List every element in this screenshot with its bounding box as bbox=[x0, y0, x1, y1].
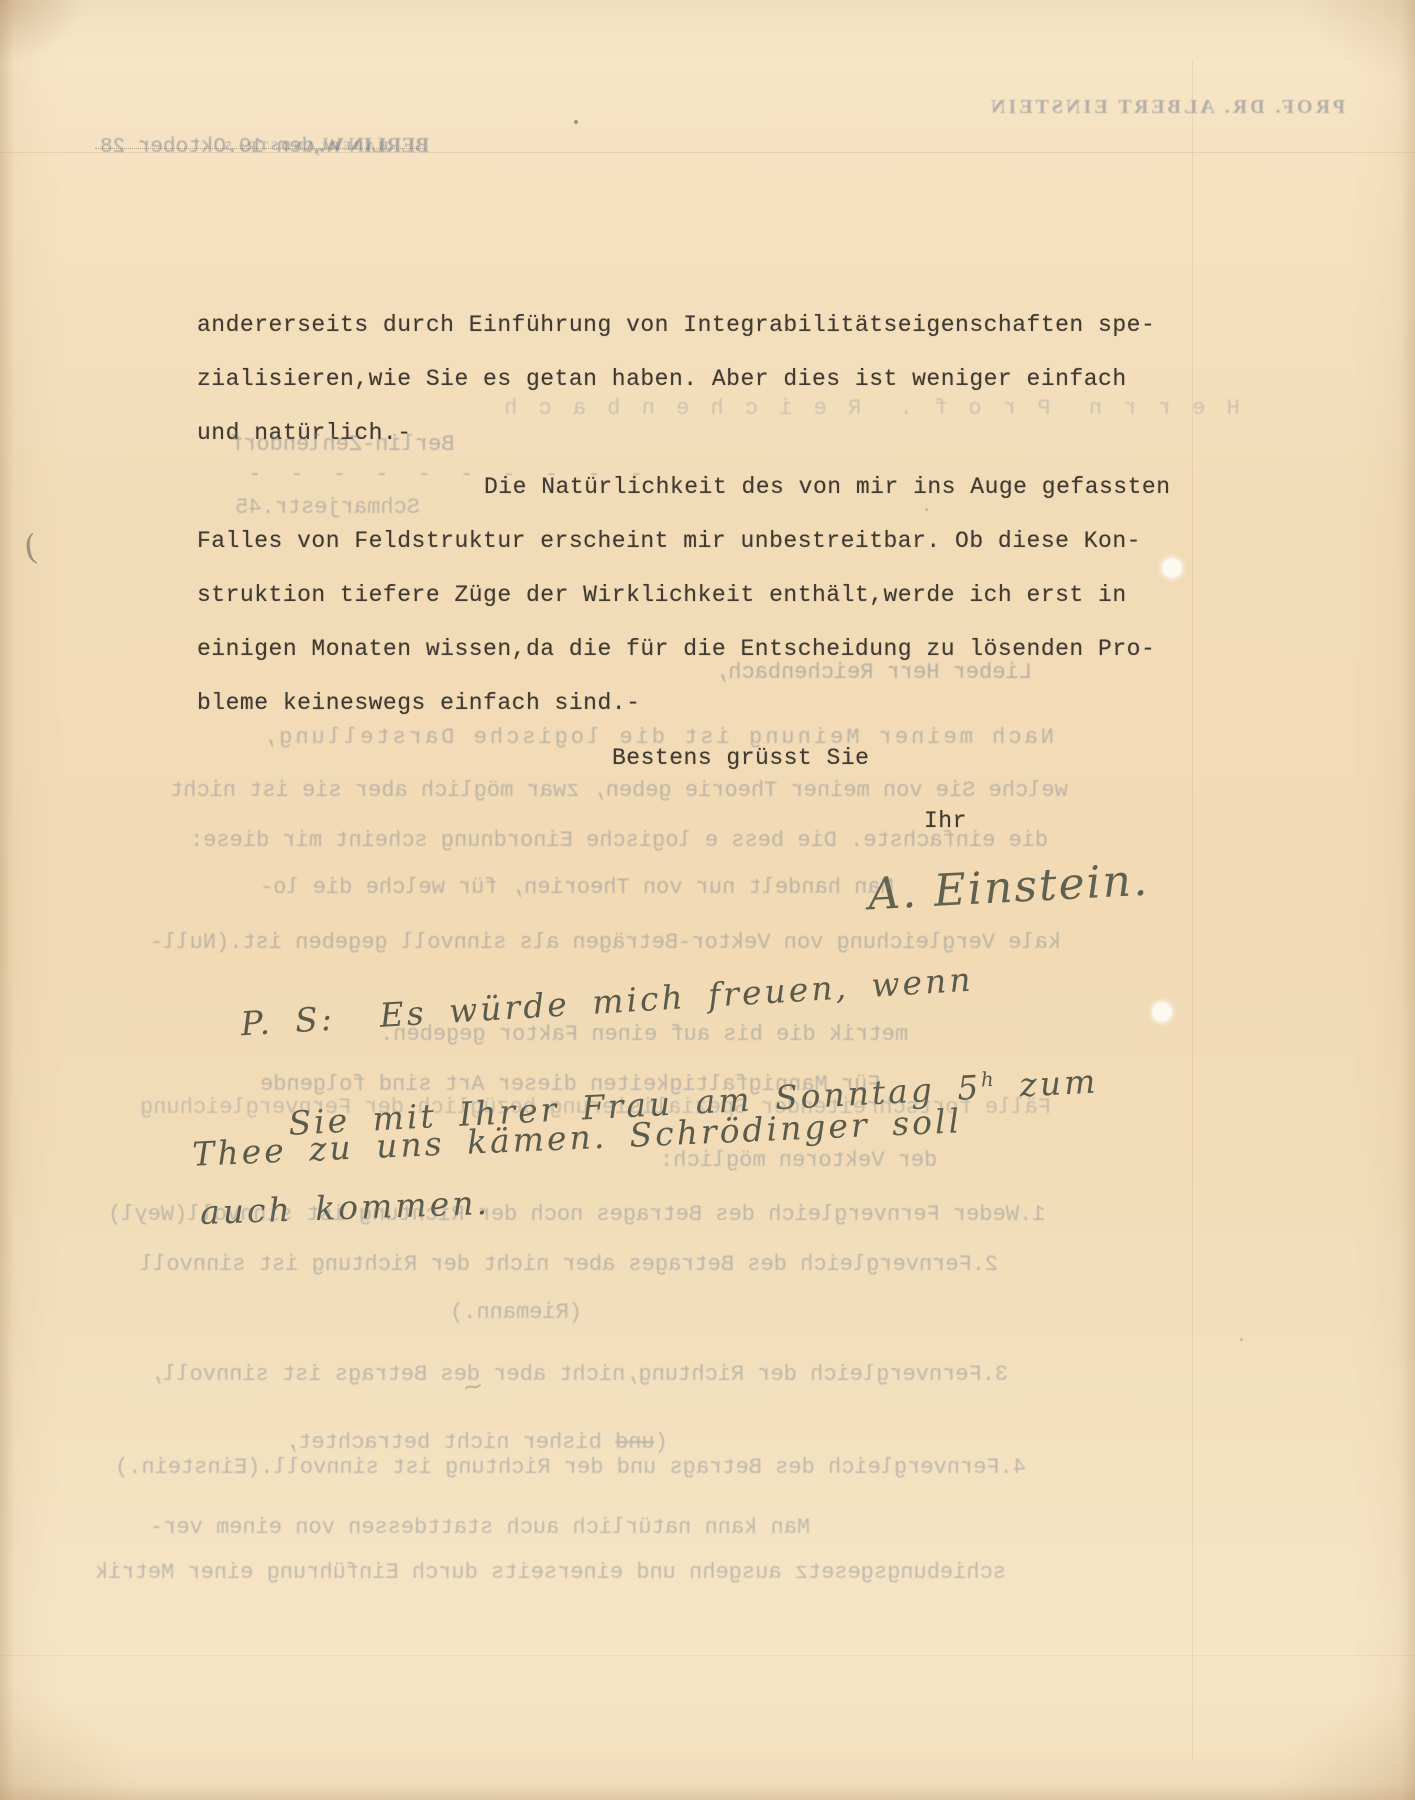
bleed-line: Lieber Herr Reichenbach, bbox=[715, 660, 1032, 685]
paper-speck bbox=[925, 508, 928, 511]
bleed-line: - - - - - - - - - - bbox=[240, 462, 643, 487]
bleed-line: Nach meiner Meinung ist die logische Dar… bbox=[260, 725, 1054, 750]
bleed-line: 1.Weder Fernvergleich des Betrages noch … bbox=[108, 1202, 1045, 1227]
bleed-line: Für Mannigfaltigkeiten dieser Art sind f… bbox=[260, 1072, 881, 1097]
bleed-line: 3.Fernvergleich der Richtung,nicht aber … bbox=[150, 1362, 1008, 1387]
letterhead-rule bbox=[95, 148, 425, 149]
paper-speck bbox=[1240, 1338, 1243, 1341]
letterhead-street-ghost: HABERLANDSTR. 5 bbox=[222, 138, 388, 154]
letter-scan-page: PROF. DR. ALBERT EINSTEIN BERLIN W.,den … bbox=[0, 0, 1415, 1800]
postscript-superscript-h: h bbox=[980, 1068, 997, 1092]
paper-speck bbox=[574, 120, 578, 124]
body-line: struktion tiefere Züge der Wirklichkeit … bbox=[197, 582, 1127, 608]
bleed-line: Berlin-Zehlendorf bbox=[230, 432, 454, 457]
bleed-struck-word: und bbox=[615, 1430, 655, 1455]
punch-hole-top bbox=[1161, 557, 1183, 579]
letterhead-name-ghost: PROF. DR. ALBERT EINSTEIN bbox=[988, 96, 1345, 119]
bleed-line: schiebungsgesetz ausgehn und einerseits … bbox=[95, 1560, 1006, 1585]
bleed-line: welche Sie von meiner Theorie geben, zwa… bbox=[170, 778, 1068, 803]
bleed-line: 2.Fernvergleich des Betrages aber nicht … bbox=[140, 1252, 998, 1277]
punch-hole-bottom bbox=[1151, 1001, 1173, 1023]
bleed-line: der Vektoren möglich: bbox=[660, 1148, 937, 1173]
body-line: bleme keineswegs einfach sind.- bbox=[197, 690, 640, 716]
fold-line-right-vertical bbox=[1192, 60, 1193, 1760]
bleed-line: Schmarjestr.45 bbox=[235, 495, 420, 520]
body-line: einigen Monaten wissen,da die für die En… bbox=[197, 636, 1155, 662]
bleed-line: 4.Fernvergleich des Betrags und der Rich… bbox=[115, 1455, 1026, 1480]
bleed-line: Fälle fortschreitender Spezialisierung b… bbox=[140, 1095, 1051, 1120]
bleed-line: (Riemann.) bbox=[450, 1300, 582, 1325]
bleed-struck-pre: ( bbox=[655, 1430, 668, 1455]
body-line: andererseits durch Einführung von Integr… bbox=[197, 312, 1155, 338]
bleed-line: H e r r n P r o f . R e i c h e n b a c … bbox=[500, 396, 1240, 421]
bleed-line: kale Vergleichung von Vektor-Beträgen al… bbox=[150, 930, 1061, 955]
bleed-line: Man handelt nur von Theorien, für welche… bbox=[260, 875, 894, 900]
fold-line-bottom bbox=[0, 1655, 1415, 1656]
body-line: Falles von Feldstruktur erscheint mir un… bbox=[197, 528, 1141, 554]
bleed-line: Man kann natürlich auch stattdessen von … bbox=[150, 1515, 810, 1540]
pencil-mark-left: ( bbox=[21, 527, 40, 568]
bleed-line: die einfachste. Die bess e logische Eino… bbox=[190, 828, 1048, 853]
bleed-line: metrik die bis auf einen Faktor gegeben. bbox=[380, 1022, 908, 1047]
body-line: zialisieren,wie Sie es getan haben. Aber… bbox=[197, 366, 1127, 392]
signature: A. Einstein. bbox=[867, 855, 1150, 921]
bleed-struck-rest: bisher nicht betrachtet, bbox=[285, 1430, 615, 1455]
